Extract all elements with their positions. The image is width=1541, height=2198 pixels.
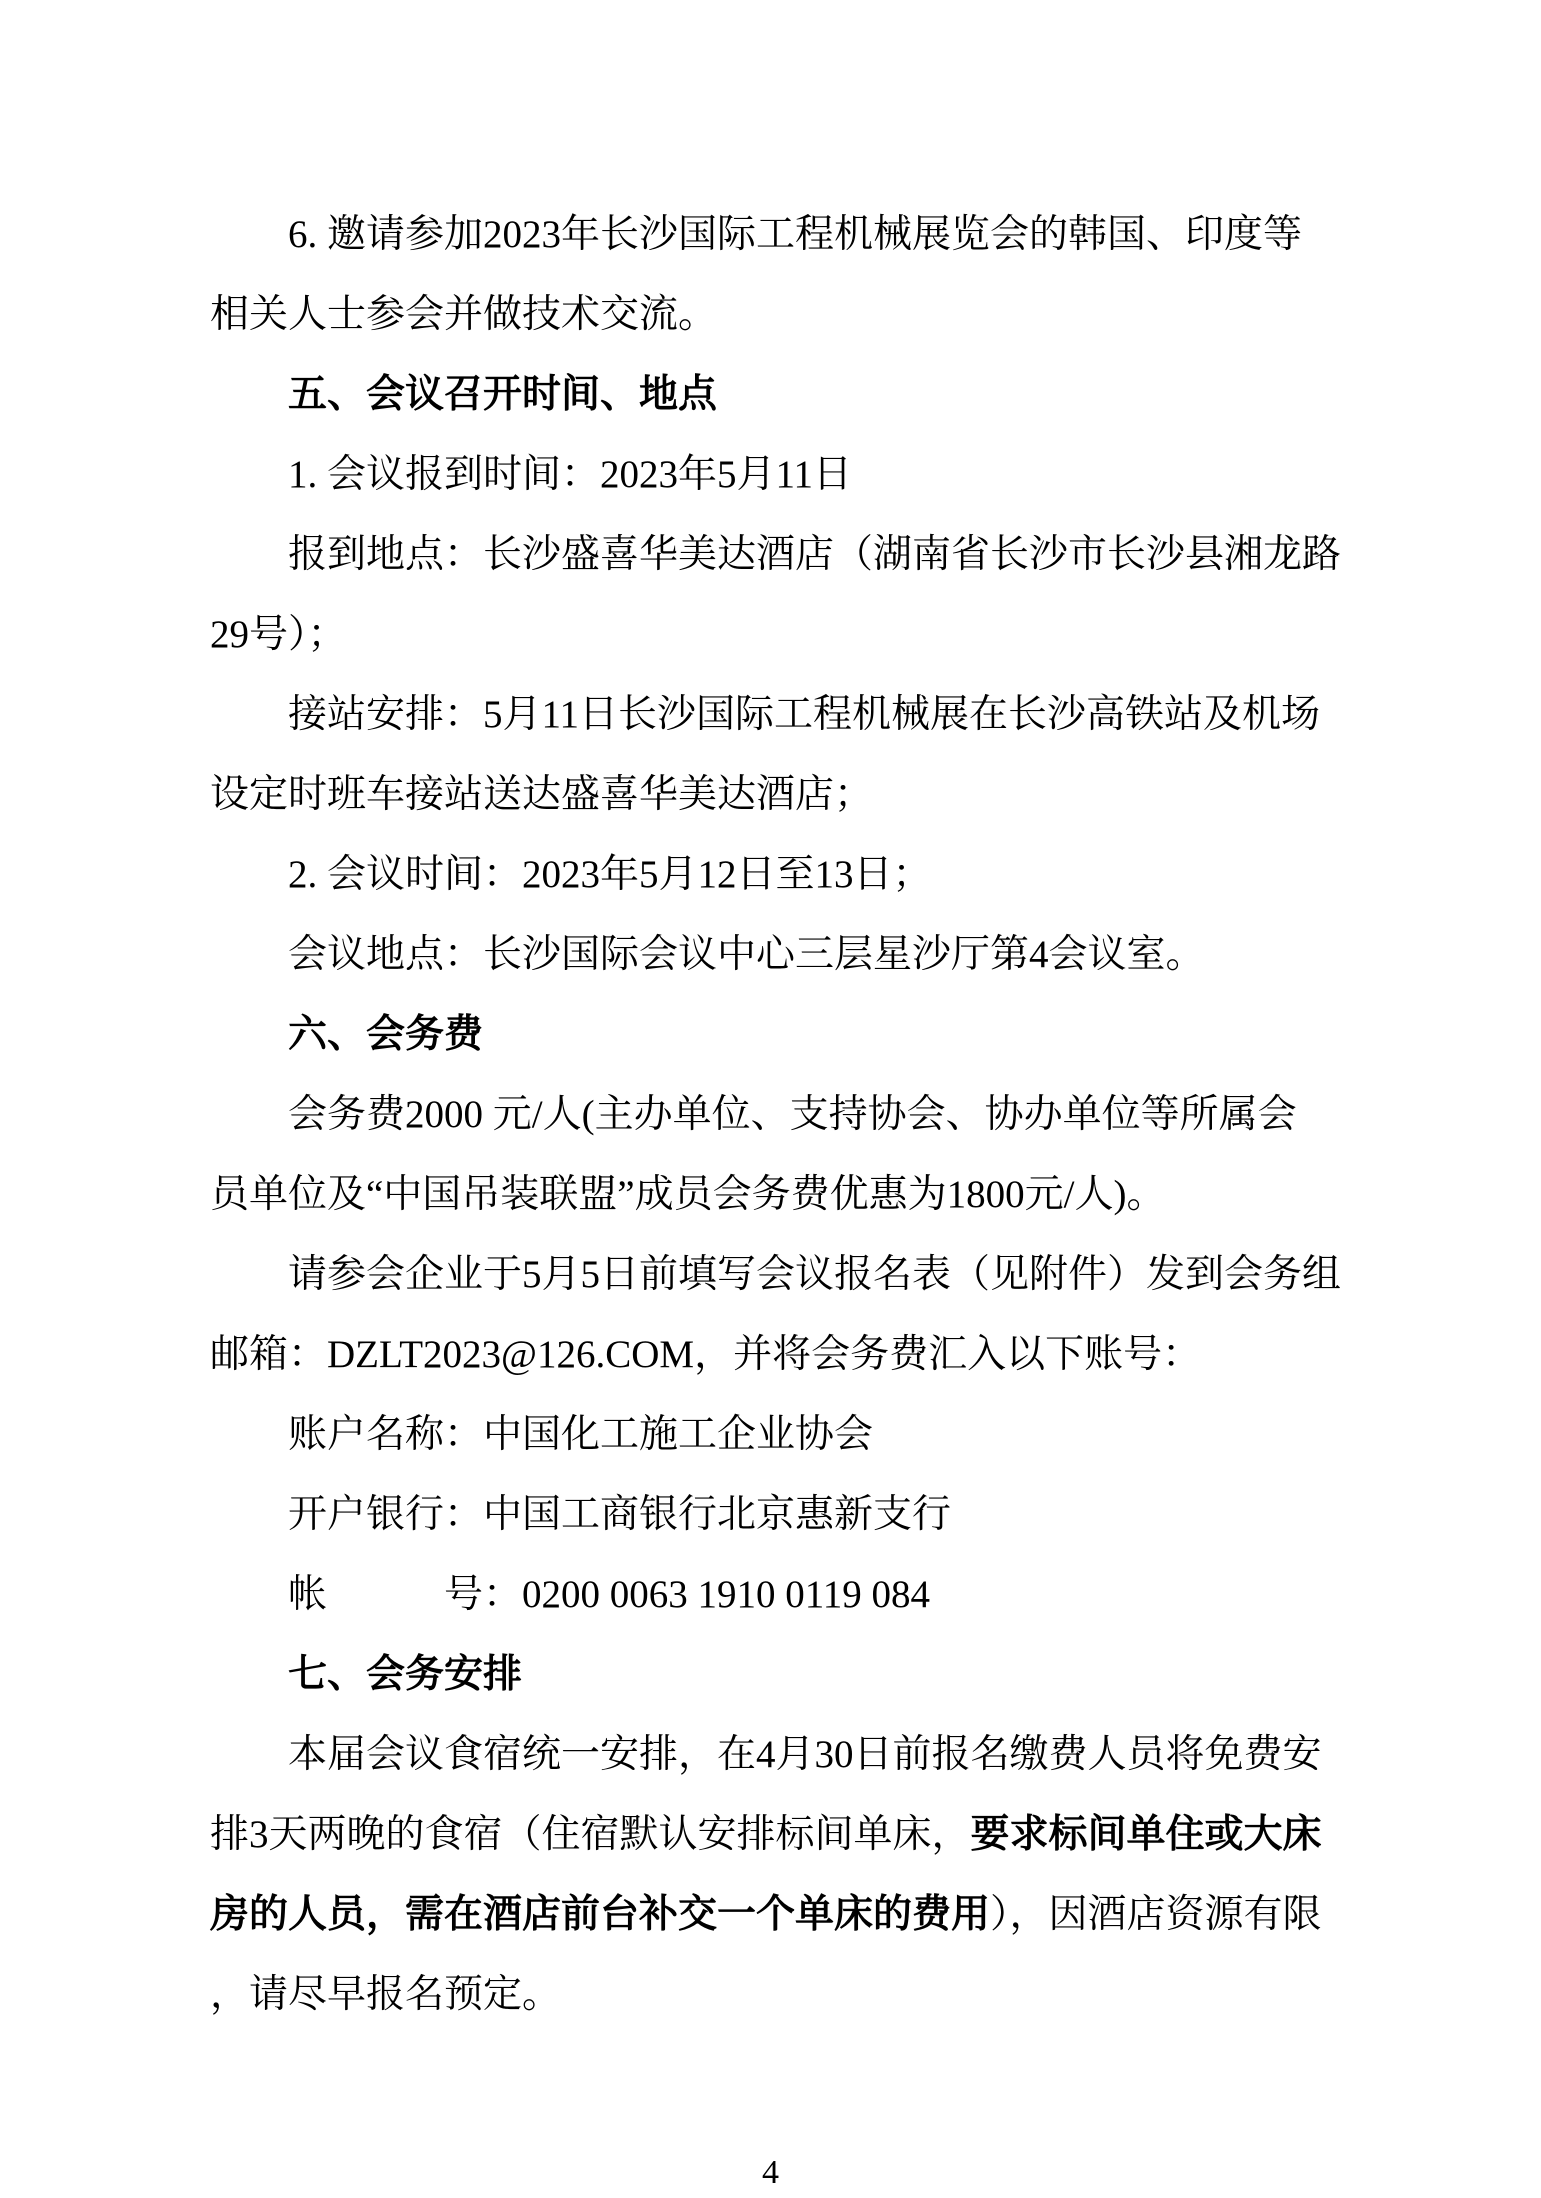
line-meeting-place: 会议地点：长沙国际会议中心三层星沙厅第4会议室。 (210, 915, 1456, 995)
line-shuttle-2: 设定时班车接站送达盛喜华美达酒店； (210, 755, 1456, 835)
line-account-number: 帐 号：0200 0063 1910 0119 084 (210, 1555, 1456, 1635)
line-shuttle-1: 接站安排：5月11日长沙国际工程机械展在长沙高铁站及机场 (210, 675, 1456, 755)
line-registration-2: 邮箱：DZLT2023@126.COM，并将会务费汇入以下账号： (210, 1315, 1456, 1395)
line-checkin-place-1: 报到地点：长沙盛喜华美达酒店（湖南省长沙市长沙县湘龙路 (210, 515, 1456, 595)
para-item6-line2: 相关人士参会并做技术交流。 (210, 275, 1456, 355)
para-item6-line1: 6. 邀请参加2023年长沙国际工程机械展览会的韩国、印度等 (210, 195, 1456, 275)
line-fee-1: 会务费2000 元/人(主办单位、支持协会、协办单位等所属会 (210, 1075, 1456, 1155)
line-bank: 开户银行：中国工商银行北京惠新支行 (210, 1475, 1456, 1555)
line-registration-1: 请参会企业于5月5日前填写会议报名表（见附件）发到会务组 (210, 1235, 1456, 1315)
text-bold: 要求标间单住或大床 (971, 1813, 1322, 1856)
document-page: 6. 邀请参加2023年长沙国际工程机械展览会的韩国、印度等 相关人士参会并做技… (0, 0, 1541, 2198)
line-arrangement-1: 本届会议食宿统一安排，在4月30日前报名缴费人员将免费安 (210, 1715, 1456, 1795)
line-arrangement-2: 排3天两晚的食宿（住宿默认安排标间单床，要求标间单住或大床 (210, 1795, 1456, 1875)
line-checkin-place-2: 29号）； (210, 595, 1456, 675)
line-account-name: 账户名称：中国化工施工企业协会 (210, 1395, 1456, 1475)
text-normal: 排3天两晚的食宿（住宿默认安排标间单床， (210, 1813, 971, 1856)
line-arrangement-4: ，请尽早报名预定。 (210, 1955, 1456, 2035)
document-body: 6. 邀请参加2023年长沙国际工程机械展览会的韩国、印度等 相关人士参会并做技… (210, 195, 1456, 2035)
line-meeting-time: 2. 会议时间：2023年5月12日至13日； (210, 835, 1456, 915)
line-arrangement-3: 房的人员，需在酒店前台补交一个单床的费用），因酒店资源有限 (210, 1875, 1456, 1955)
line-checkin-time: 1. 会议报到时间：2023年5月11日 (210, 435, 1456, 515)
line-fee-2: 员单位及“中国吊装联盟”成员会务费优惠为1800元/人)。 (210, 1155, 1456, 1235)
text-bold: 房的人员，需在酒店前台补交一个单床的费用 (210, 1893, 990, 1936)
heading-section-7: 七、会务安排 (210, 1635, 1456, 1715)
text-normal: ），因酒店资源有限 (990, 1893, 1322, 1936)
page-number: 4 (0, 2148, 1541, 2198)
heading-section-6: 六、会务费 (210, 995, 1456, 1075)
heading-section-5: 五、会议召开时间、地点 (210, 355, 1456, 435)
